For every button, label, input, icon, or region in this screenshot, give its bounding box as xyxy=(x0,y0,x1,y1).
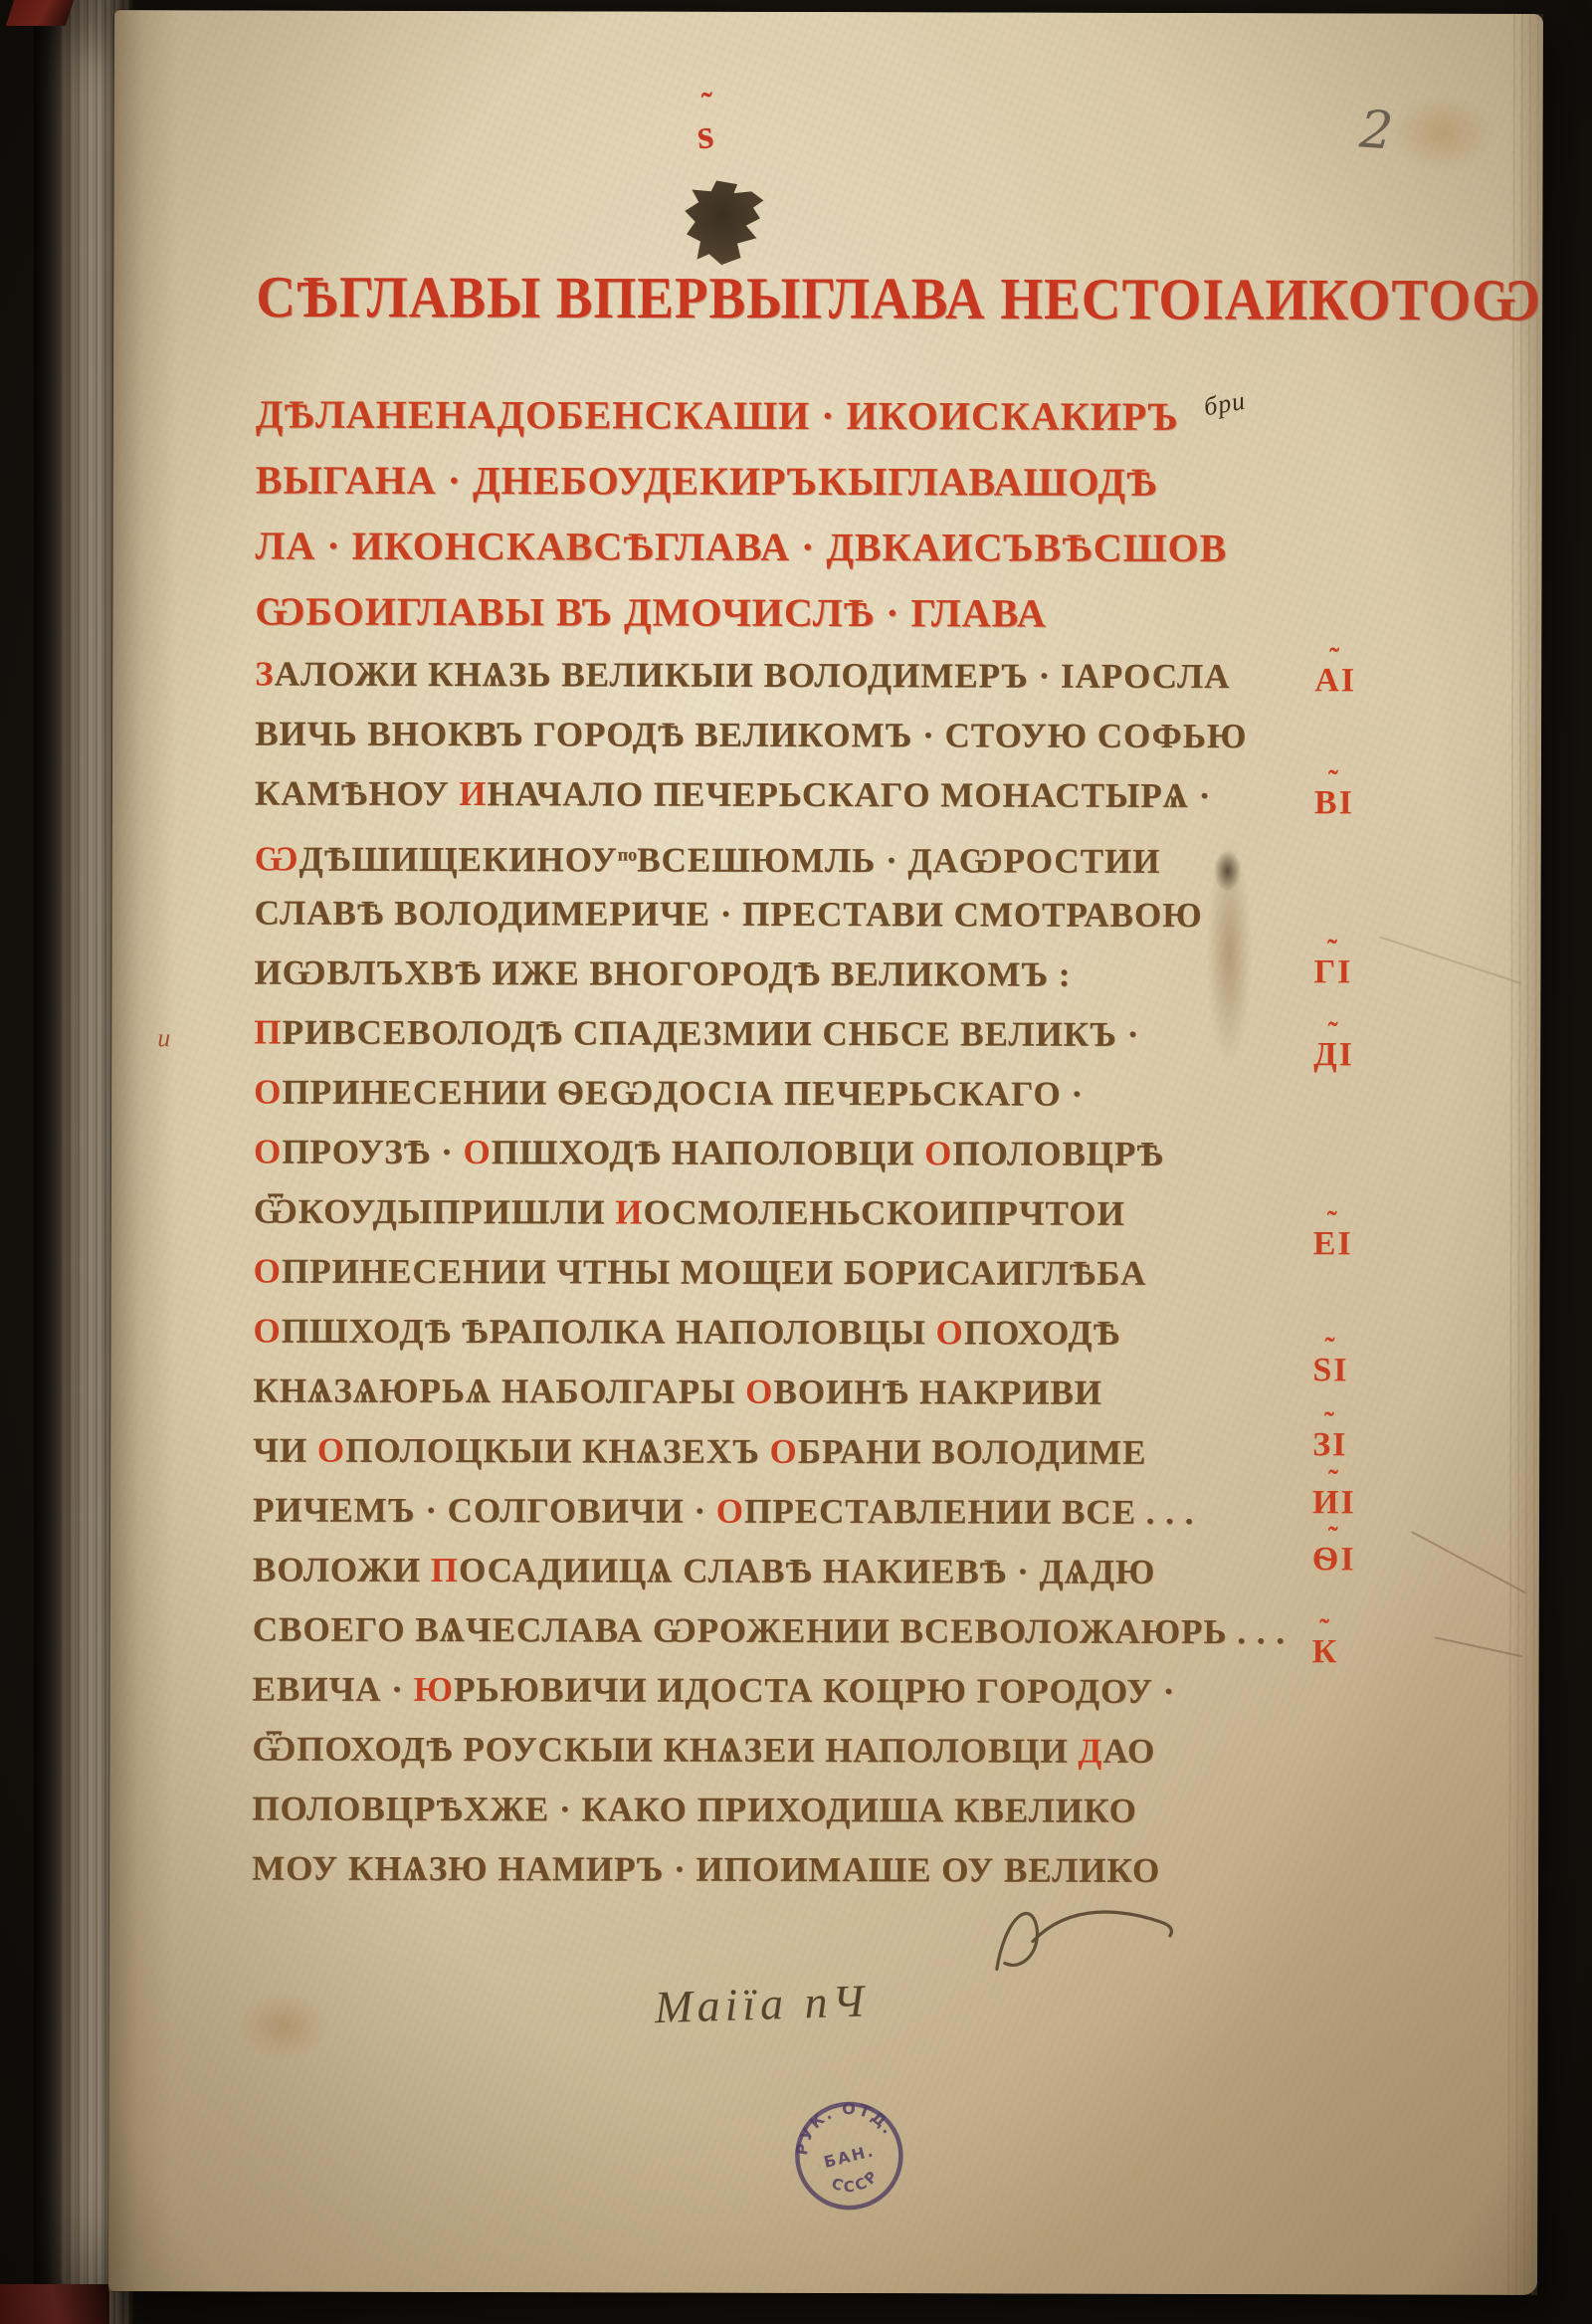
body-text: СЛАВѢ ВОЛОДИМЕРИЧЕ · ПРЕСТАВИ СМОТРАВОЮ xyxy=(255,893,1203,934)
rubric-text: ВЫГАНА · ДНЕБОУДЕКИРЪКЫГЛАВАШОДѢ xyxy=(256,457,1158,504)
body-text: РИВСЕВОЛОДѢ СПАДЕЗМИИ СНБСЕ ВЕЛИКЪ · xyxy=(282,1013,1139,1054)
rubric-line: ДѢЛАНЕНАДОБЕНСКАШИ · ИКОИСКАКИРЪ xyxy=(256,382,1340,451)
pencil-folio-number: 2 xyxy=(1358,100,1395,161)
body-text: ОСМОЛЕНЬСКОИПРЧТОИ xyxy=(643,1193,1124,1233)
rubric-lines: ДѢЛАНЕНАДОБЕНСКАШИ · ИКОИСКАКИРЪВЫГАНА ·… xyxy=(255,382,1340,648)
body-text: ЧИ xyxy=(253,1430,317,1469)
body-line: КАМѢНОУ ИНАЧАЛО ПЕЧЕРЬСКАГО МОНАСТЫРѦ · xyxy=(255,764,1339,827)
ink-blot-emblem xyxy=(683,179,770,269)
body-text: ВОИНѢ НАКРИВИ xyxy=(773,1373,1102,1412)
body-text: БРАНИ ВОЛОДИМЕ xyxy=(798,1432,1147,1472)
body-line: ВИЧЬ ВНОКВЪ ГОРОДѢ ВЕЛИКОМЪ · СТОУЮ СОФЬ… xyxy=(255,705,1339,767)
rubric-line: ЛА · ИКОНСКАВСѢГЛАВА · ДВКАИСЪВѢСШОВ xyxy=(256,514,1340,582)
text-column: СѢГЛАВЫ ВПЕРВЫГЛАВА НЕСТОІАИКОТОѠ ДѢЛАНЕ… xyxy=(252,259,1340,1902)
body-text: ЕВИЧА · xyxy=(253,1669,414,1708)
body-text: КНѦЗѦЮРЬѦ НАБОЛГАРЫ xyxy=(253,1371,745,1410)
body-text: ПОЛОВЦРѢ xyxy=(952,1134,1164,1173)
rubric-text: ДѢЛАНЕНАДОБЕНСКАШИ · ИКОИСКАКИРЪ xyxy=(256,391,1179,438)
rubricated-initial: О xyxy=(463,1133,491,1171)
body-text: ПШХОДѢ ѢРАПОЛКА НАПОЛОВЦЫ xyxy=(282,1312,936,1353)
rubricated-initial: О xyxy=(924,1134,952,1172)
body-line: ОПРИНЕСЕНИИ ЧТНЫ МОЩЕИ БОРИСАИГЛѢБА xyxy=(254,1242,1338,1305)
body-text: ДѢШИЩЕКИНОУ xyxy=(299,840,618,880)
gutter-crease xyxy=(108,10,178,2291)
body-text: ПРИНЕСЕНИИ ѲЕѠДОСІА ПЕЧЕРЬСКАГО · xyxy=(282,1073,1084,1114)
margin-chapter-number: ДІ xyxy=(1313,1036,1354,1074)
rubricated-initial: Ю xyxy=(414,1670,455,1709)
body-line: ОПШХОДѢ ѢРАПОЛКА НАПОЛОВЦЫ ОПОХОДѢ xyxy=(253,1302,1337,1365)
body-line: ѠДѢШИЩЕКИНОУпоВСЕШЮМЛЬ · ДАѠРОСТИИ xyxy=(255,824,1339,887)
body-lines: ЗАЛОЖИ КНѦЗЬ ВЕЛИКЫИ ВОЛОДИМЕРЪ · ІАРОСЛ… xyxy=(252,645,1339,1902)
margin-chapter-number: ИІ xyxy=(1312,1484,1356,1522)
rubricated-initial: И xyxy=(459,774,487,813)
body-text: АЛОЖИ КНѦЗЬ ВЕЛИКЫИ ВОЛОДИМЕРЪ · ІАРОСЛА xyxy=(275,655,1231,697)
margin-chapter-number: ѲІ xyxy=(1312,1541,1356,1579)
body-text: РИЧЕМЪ · СОЛГОВИЧИ · xyxy=(253,1490,716,1530)
rubric-text: ѠБОИГЛАВЫ ВЪ ДМОЧИСЛѢ · ГЛАВА xyxy=(255,588,1046,635)
body-line: РИЧЕМЪ · СОЛГОВИЧИ · ОПРЕСТАВЛЕНИИ ВСЕ .… xyxy=(253,1481,1337,1544)
rubricated-initial: Ѡ xyxy=(255,839,299,878)
body-text: по xyxy=(618,844,638,864)
margin-chapter-number: АІ xyxy=(1314,662,1356,700)
body-text: ВИЧЬ ВНОКВЪ ГОРОДѢ ВЕЛИКОМЪ · СТОУЮ СОФЬ… xyxy=(255,714,1247,755)
body-text: ПШХОДѢ НАПОЛОВЦИ xyxy=(492,1133,924,1172)
body-line: КНѦЗѦЮРЬѦ НАБОЛГАРЫ ОВОИНѢ НАКРИВИ xyxy=(253,1362,1337,1424)
margin-chapter-number: К xyxy=(1312,1633,1339,1671)
body-text: ѾКОУДЫПРИШЛИ xyxy=(254,1191,616,1231)
rubricated-initial: И xyxy=(615,1192,643,1231)
manuscript-page: ѕ 2 бри и СѢГЛАВЫ ВПЕРВЫГЛАВА НЕСТОІАИКО… xyxy=(108,10,1543,2295)
body-text: ВСЕШЮМЛЬ · ДАѠРОСТИИ xyxy=(637,840,1160,880)
rubricated-initial: П xyxy=(254,1012,282,1051)
rubric-text: ЛА · ИКОНСКАВСѢГЛАВА · ДВКАИСЪВѢСШОВ xyxy=(256,523,1228,570)
body-line: ВОЛОЖИ ПОСАДИИЦѦ СЛАВѢ НАКИЕВѢ · ДѦДЮ xyxy=(253,1541,1337,1603)
rubricated-initial: О xyxy=(745,1373,773,1411)
body-text: ПРИНЕСЕНИИ ЧТНЫ МОЩЕИ БОРИСАИГЛѢБА xyxy=(282,1252,1146,1293)
body-line: ОПРИНЕСЕНИИ ѲЕѠДОСІА ПЕЧЕРЬСКАГО · xyxy=(254,1063,1338,1126)
margin-chapter-number: ЕІ xyxy=(1313,1225,1353,1263)
parchment-stain xyxy=(1388,93,1497,172)
body-line: СВОЕГО ВѦЧЕСЛАВА ѠРОЖЕНИИ ВСЕВОЛОЖАЮРЬ .… xyxy=(253,1600,1337,1663)
rubricated-initial: З xyxy=(255,654,275,693)
body-text: ПРОУЗѢ · xyxy=(282,1133,463,1171)
body-line: ѾКОУДЫПРИШЛИ ИОСМОЛЕНЬСКОИПРЧТОИ xyxy=(254,1182,1338,1245)
body-text: АО xyxy=(1102,1732,1155,1771)
rubricated-initial: П xyxy=(431,1551,459,1589)
rubricated-initial: О xyxy=(716,1492,744,1531)
binding-cover-corner-top xyxy=(6,0,74,26)
body-line: ПРИВСЕВОЛОДѢ СПАДЕЗМИИ СНБСЕ ВЕЛИКЪ · xyxy=(254,1003,1338,1066)
rubricated-initial: О xyxy=(254,1251,282,1290)
margin-chapter-number: ГІ xyxy=(1313,953,1352,991)
stamp-middle-text: БАН. xyxy=(822,2141,877,2172)
margin-chapter-numbers-column: АІВІГІДІЕІЅІЗІИІѲІК xyxy=(114,10,1543,14)
body-text: ѾПОХОДѢ РОУСКЫИ КНѦЗЕИ НАПОЛОВЦИ xyxy=(252,1729,1078,1770)
body-text: ПОЛОЦКЫИ КНѦЗЕХЪ xyxy=(345,1431,770,1471)
body-text: НАЧАЛО ПЕЧЕРЬСКАГО МОНАСТЫРѦ · xyxy=(487,774,1211,815)
pen-flourish xyxy=(975,1883,1184,1994)
rubricated-initial: Д xyxy=(1078,1732,1102,1771)
binding-cover-corner-bottom xyxy=(0,2284,109,2324)
margin-chapter-number: ЅІ xyxy=(1312,1352,1348,1389)
photographed-manuscript-scene: ѕ 2 бри и СѢГЛАВЫ ВПЕРВЫГЛАВА НЕСТОІАИКО… xyxy=(0,0,1592,2324)
chapter-index-title: СѢГЛАВЫ ВПЕРВЫГЛАВА НЕСТОІАИКОТОѠ xyxy=(256,256,1340,340)
rubric-line: ѠБОИГЛАВЫ ВЪ ДМОЧИСЛѢ · ГЛАВА xyxy=(255,579,1339,648)
body-line: ИѠВЛЪХВѢ ИЖЕ ВНОГОРОДѢ ВЕЛИКОМЪ : xyxy=(254,944,1338,1006)
rubric-line: ВЫГАНА · ДНЕБОУДЕКИРЪКЫГЛАВАШОДѢ xyxy=(256,448,1340,517)
red-quire-mark: ѕ xyxy=(695,110,715,159)
rubricated-initial: О xyxy=(254,1072,282,1111)
rubricated-initial: О xyxy=(770,1432,798,1471)
body-text: ОСАДИИЦѦ СЛАВѢ НАКИЕВѢ · ДѦДЮ xyxy=(459,1551,1155,1591)
body-line: ЕВИЧА · ЮРЬЮВИЧИ ИДОСТА КОЦРЮ ГОРОДОУ · xyxy=(253,1660,1337,1723)
body-text: ПОЛОВЦРѢХЖЕ · КАКО ПРИХОДИША КВЕЛИКО xyxy=(252,1789,1137,1829)
margin-chapter-number: ВІ xyxy=(1314,784,1354,822)
body-line: ОПРОУЗѢ · ОПШХОДѢ НАПОЛОВЦИ ОПОЛОВЦРѢ xyxy=(254,1123,1338,1185)
body-line: СЛАВѢ ВОЛОДИМЕРИЧЕ · ПРЕСТАВИ СМОТРАВОЮ xyxy=(255,884,1339,947)
library-stamp: РУК. ОТД. БАН. СССР xyxy=(774,2081,923,2230)
body-text: РЬЮВИЧИ ИДОСТА КОЦРЮ ГОРОДОУ · xyxy=(454,1670,1175,1711)
body-line: ЗАЛОЖИ КНѦЗЬ ВЕЛИКЫИ ВОЛОДИМЕРЪ · ІАРОСЛ… xyxy=(255,645,1339,708)
body-text: ИѠВЛЪХВѢ ИЖЕ ВНОГОРОДѢ ВЕЛИКОМЪ : xyxy=(254,952,1071,993)
rubricated-initial: О xyxy=(254,1132,282,1170)
body-line: ѾПОХОДѢ РОУСКЫИ КНѦЗЕИ НАПОЛОВЦИ ДАО xyxy=(252,1720,1336,1783)
body-text: ПРЕСТАВЛЕНИИ ВСЕ . . . xyxy=(744,1492,1195,1532)
left-margin-mark: и xyxy=(157,1023,170,1053)
date-inscription: Маіїа пЧ xyxy=(654,1974,870,2033)
body-text: КАМѢНОУ xyxy=(255,773,459,813)
body-line: ПОЛОВЦРѢХЖЕ · КАКО ПРИХОДИША КВЕЛИКО xyxy=(252,1780,1336,1842)
parchment-crack xyxy=(1379,936,1521,984)
page-right-worn-edge xyxy=(1507,14,1543,2295)
body-line: ЧИ ОПОЛОЦКЫИ КНѦЗЕХЪ ОБРАНИ ВОЛОДИМЕ xyxy=(253,1421,1337,1484)
body-text: ПОХОДѢ xyxy=(964,1313,1121,1352)
rubricated-initial: О xyxy=(253,1311,281,1350)
rubricated-initial: О xyxy=(317,1431,345,1470)
body-text: СВОЕГО ВѦЧЕСЛАВА ѠРОЖЕНИИ ВСЕВОЛОЖАЮРЬ .… xyxy=(253,1609,1286,1651)
rubricated-initial: О xyxy=(935,1313,963,1352)
body-text: ВОЛОЖИ xyxy=(253,1550,431,1588)
margin-chapter-number: ЗІ xyxy=(1312,1426,1347,1464)
parchment-stain xyxy=(239,1991,328,2060)
